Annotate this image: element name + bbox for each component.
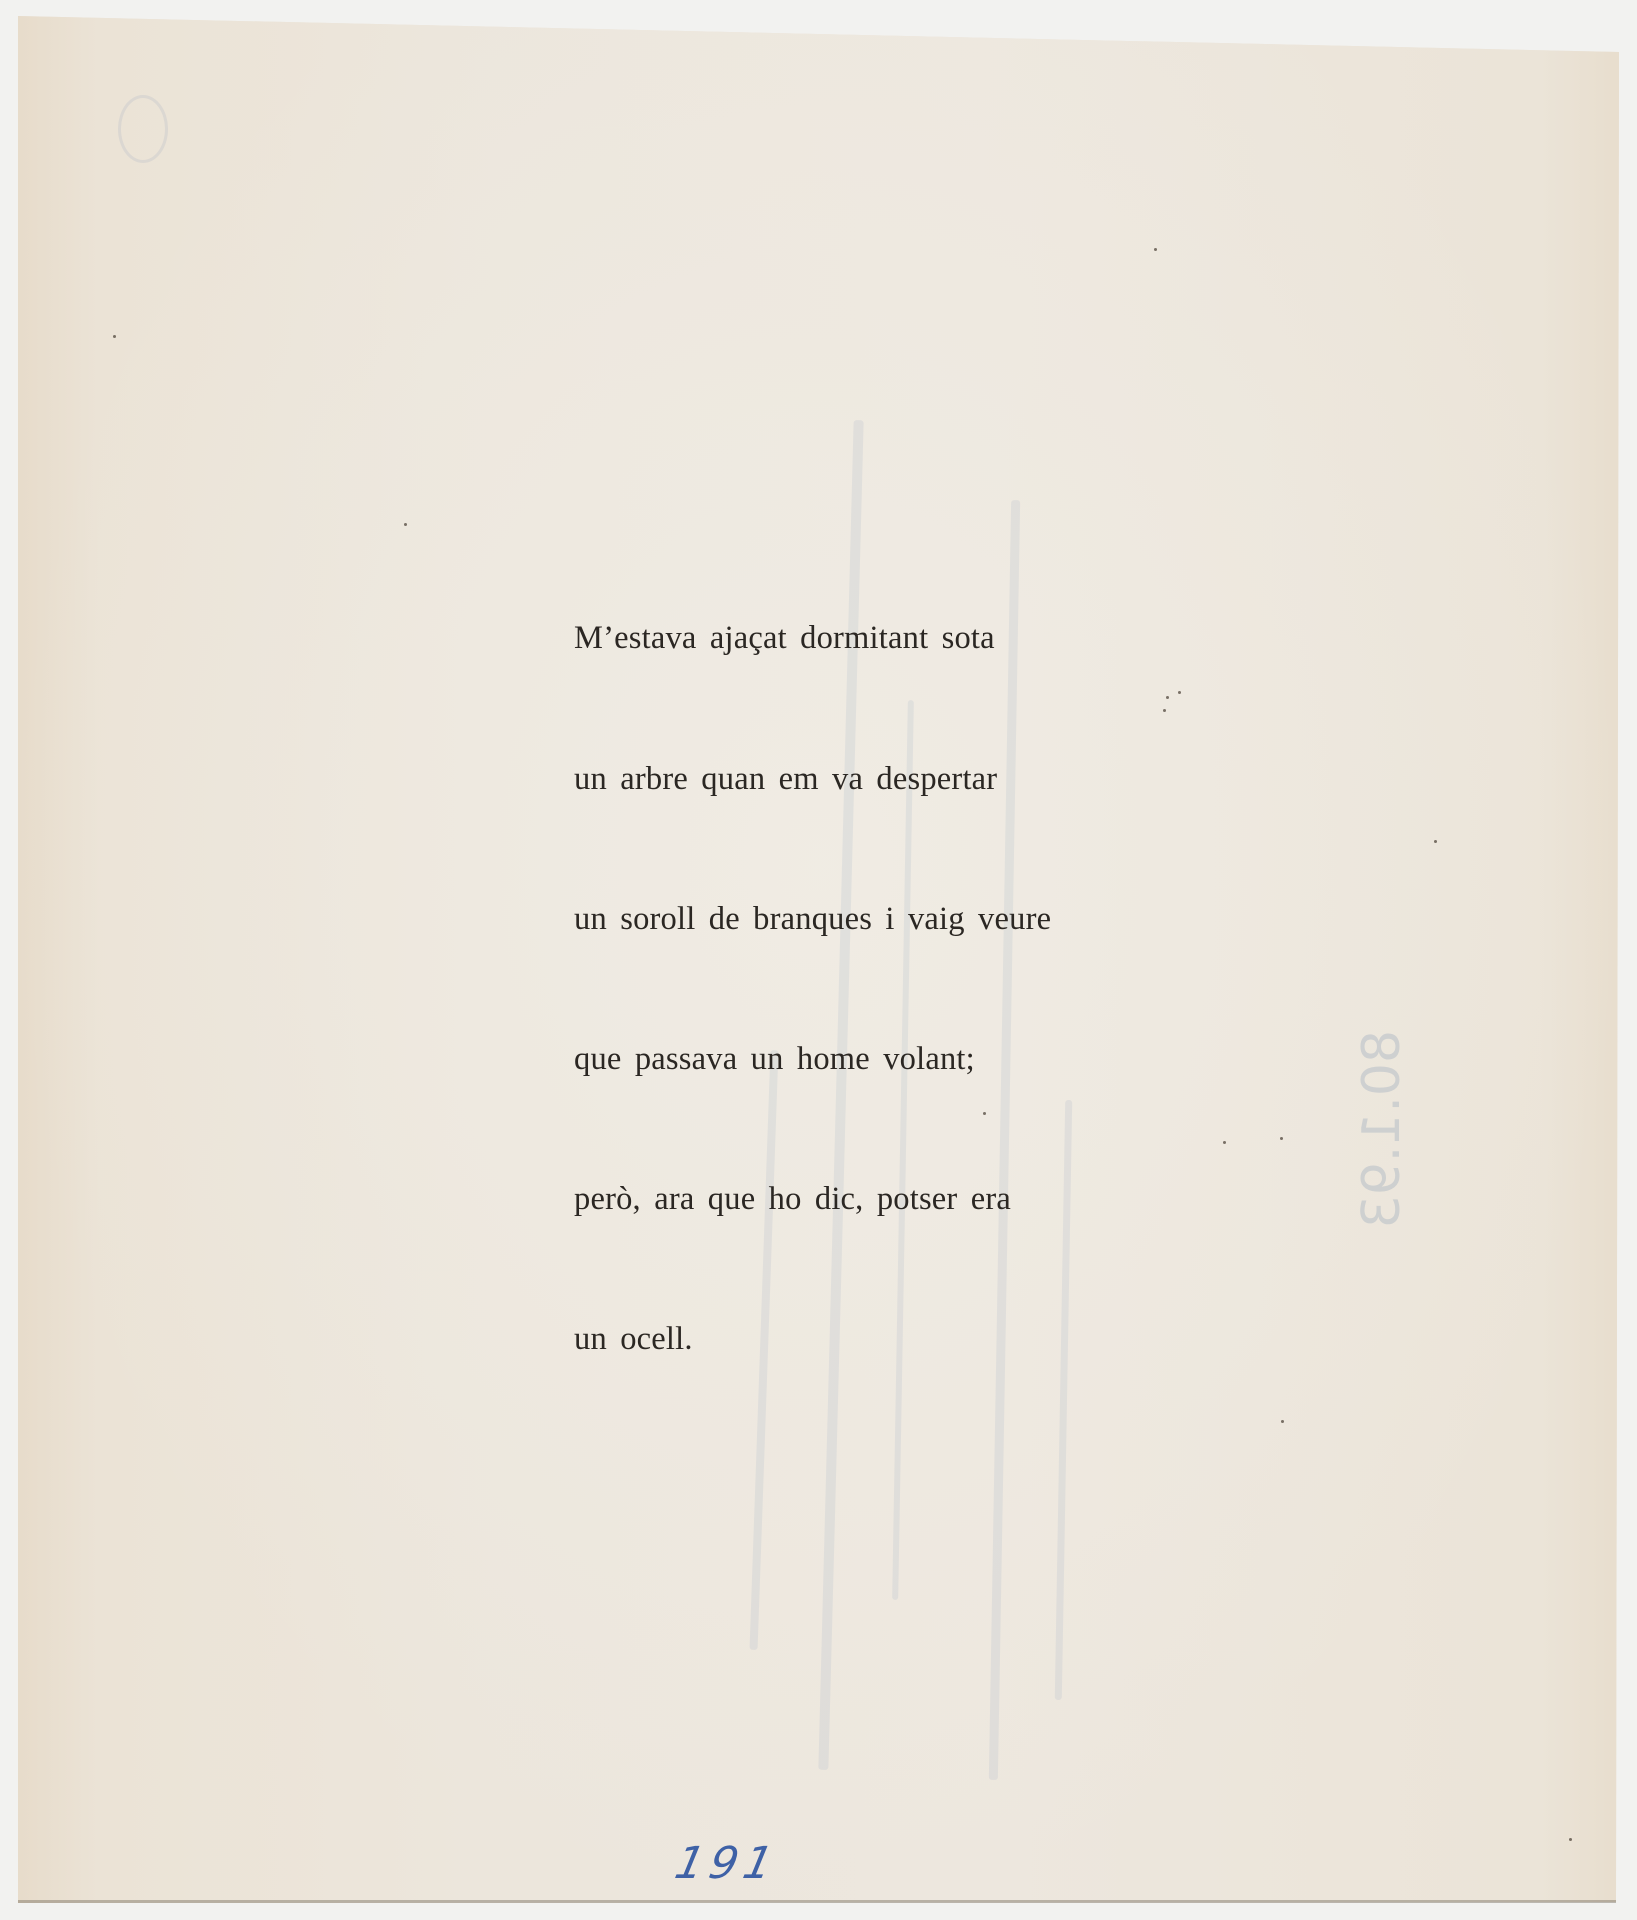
poem-text-block: M’estava ajaçat dormitant sota un arbre … xyxy=(574,522,1051,1409)
paper-speck xyxy=(404,523,407,526)
paper-speck xyxy=(1569,1838,1572,1841)
paper-speck xyxy=(983,1112,986,1115)
paper-speck xyxy=(1166,696,1169,699)
paper-speck xyxy=(1434,840,1437,843)
poem-line: M’estava ajaçat dormitant sota xyxy=(574,615,1051,662)
poem-line: un arbre quan em va despertar xyxy=(574,756,1051,803)
paper-speck xyxy=(1178,691,1181,694)
paper-speck xyxy=(1223,1141,1226,1144)
poem-line: un soroll de branques i vaig veure xyxy=(574,896,1051,943)
handwritten-page-number: 191 xyxy=(671,1838,784,1889)
paper-speck xyxy=(1280,1137,1283,1140)
paper-speck xyxy=(1154,248,1157,251)
paper-speck xyxy=(113,335,116,338)
poem-line: que passava un home volant; xyxy=(574,1036,1051,1083)
paper-bottom-edge xyxy=(18,1900,1616,1903)
paper-speck xyxy=(1163,709,1166,712)
paper-speck xyxy=(1281,1420,1284,1423)
rotated-pencil-note: 80.1.93 xyxy=(1352,1030,1412,1228)
poem-line: però, ara que ho dic, potser era xyxy=(574,1176,1051,1223)
faint-stamp-mark xyxy=(118,95,168,163)
poem-line: un ocell. xyxy=(574,1316,1051,1363)
